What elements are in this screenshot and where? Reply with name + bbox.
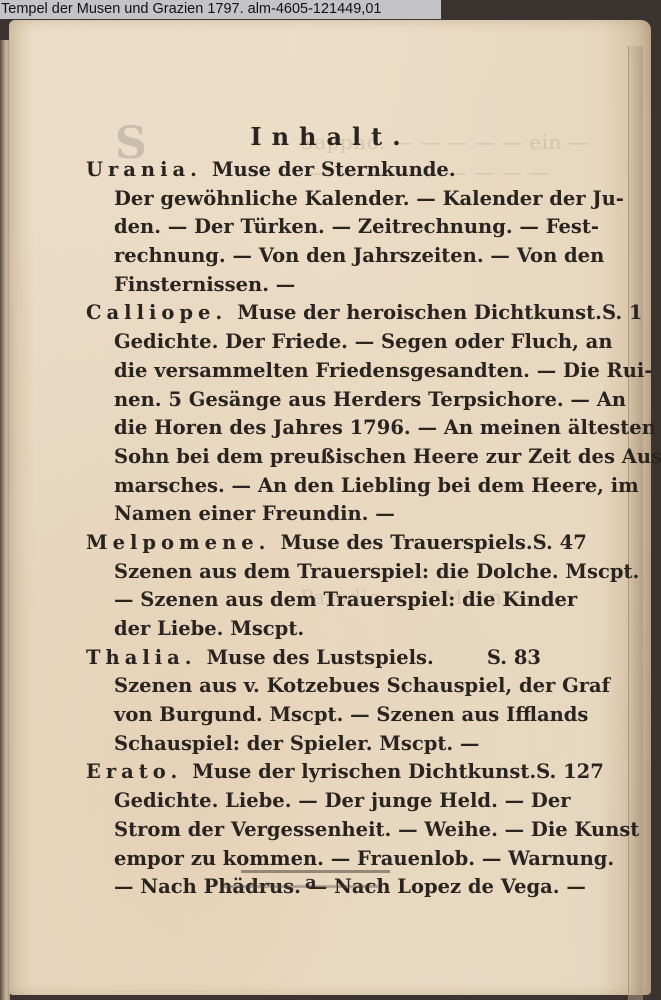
ornamental-rule	[223, 885, 378, 888]
page-reference: S. 127	[536, 758, 606, 787]
muse-description: Muse der Sternkunde.	[212, 156, 456, 185]
toc-line: marsches. — An den Liebling bei dem Heer…	[88, 472, 543, 501]
toc-line: die versammelten Friedensgesandten. — Di…	[88, 357, 543, 386]
toc-line: Gedichte. Der Friede. — Segen oder Fluch…	[88, 328, 543, 357]
toc-line: nen. 5 Gesänge aus Herders Terpsichore. …	[88, 386, 543, 415]
muse-name: Thalia.	[86, 644, 197, 673]
muse-name: Urania.	[86, 156, 202, 185]
section-heading-erato: Erato. Muse der lyrischen Dichtkunst. S.…	[86, 758, 543, 787]
muse-description: Muse der lyrischen Dichtkunst.	[192, 758, 536, 787]
toc-line: Namen einer Freundin. —	[88, 500, 543, 529]
toc-line: — Szenen aus dem Trauerspiel: die Kinder	[88, 586, 543, 615]
signature-mark: a	[305, 872, 317, 893]
section-heading-melpomene: Melpomene. Muse des Trauerspiels. S. 47	[86, 529, 543, 558]
toc-line: Schauspiel: der Spieler. Mscpt. —	[88, 730, 543, 759]
toc-line: Sohn bei dem preußischen Heere zur Zeit …	[88, 443, 543, 472]
image-caption: Tempel der Musen und Grazien 1797. alm-4…	[0, 0, 441, 19]
toc-line: Szenen aus v. Kotzebues Schauspiel, der …	[88, 672, 543, 701]
section-heading-thalia: Thalia. Muse des Lustspiels. S. 83	[86, 644, 543, 673]
toc-line: Gedichte. Liebe. — Der junge Held. — Der	[88, 787, 543, 816]
table-of-contents: Inhalt. Urania. Muse der Sternkunde. Der…	[88, 118, 543, 902]
section-heading-urania: Urania. Muse der Sternkunde.	[86, 156, 543, 185]
muse-description: Muse des Lustspiels.	[207, 644, 434, 673]
muse-name: Calliope.	[86, 299, 227, 328]
muse-name: Melpomene.	[86, 529, 270, 558]
muse-name: Erato.	[86, 758, 182, 787]
toc-line: rechnung. — Von den Jahrszeiten. — Von d…	[88, 242, 543, 271]
page-fore-edge	[628, 46, 643, 1000]
toc-line: die Horen des Jahres 1796. — An meinen ä…	[88, 414, 543, 443]
toc-line: Finsternissen. —	[88, 271, 543, 300]
toc-line: Strom der Vergessenheit. — Weihe. — Die …	[88, 816, 543, 845]
muse-description: Muse der heroischen Dichtkunst.	[237, 299, 602, 328]
page-reference: S. 83	[487, 644, 543, 673]
toc-line: Der gewöhnliche Kalender. — Kalender der…	[88, 185, 543, 214]
muse-description: Muse des Trauerspiels.	[280, 529, 532, 558]
page-reference	[541, 156, 543, 185]
toc-line: Szenen aus dem Trauerspiel: die Dolche. …	[88, 558, 543, 587]
toc-line: empor zu kommen. — Frauenlob. — Warnung.	[88, 845, 543, 874]
toc-line: von Burgund. Mscpt. — Szenen aus Iffland…	[88, 701, 543, 730]
toc-line: der Liebe. Mscpt.	[88, 615, 543, 644]
section-heading-calliope: Calliope. Muse der heroischen Dichtkunst…	[86, 299, 543, 328]
page-reference: S. 47	[533, 529, 589, 558]
signature-mark-block: a	[223, 870, 398, 888]
page-title: Inhalt.	[118, 118, 543, 156]
toc-line: den. — Der Türken. — Zeitrechnung. — Fes…	[88, 213, 543, 242]
page-reference: S. 1	[602, 299, 645, 328]
